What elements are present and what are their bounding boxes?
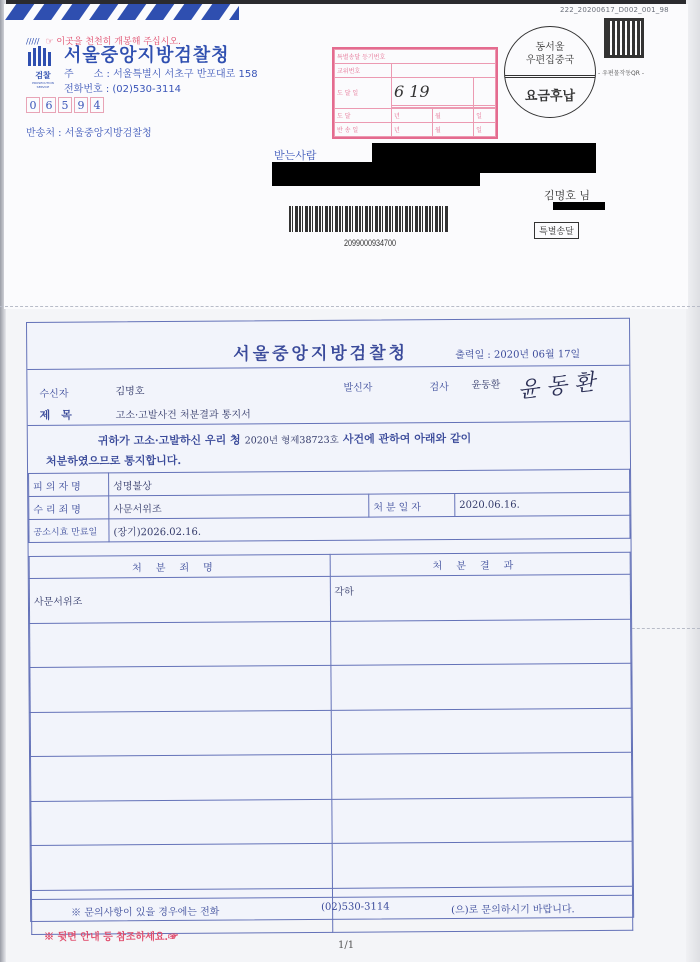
envelope: 222_20200617_D002_001_98 /////☞ 이곳을 천천히 … [4,4,688,309]
col-header-charge: 처분죄명 [29,554,330,578]
airmail-stripes [4,4,239,20]
qr-label: - 우편물작동QR - [598,68,644,77]
delivery-stamp: 특별송달 등기번호 교위번호 도 달 일6 19 도 달년월일 반 송 일년월일 [332,47,498,139]
disposition-notice: 서울중앙지방검찰청 출력일 : 2020년 06월 17일 수신자 김명호 발신… [26,318,634,922]
table-row [30,708,631,757]
results-table: 처분죄명 처분결과 사문서위조각하 [29,552,634,935]
print-date: 출력일 : 2020년 06월 17일 [455,345,580,361]
sender-phone: 전화번호 : (02)530-3114 [64,80,181,95]
subject-value: 고소·고발사건 처분결과 통지서 [116,405,251,421]
recipient-name: 김명호 님 [544,187,590,203]
scan-right-edge [686,0,700,962]
page-number: 1/1 [338,940,354,951]
table-row [31,752,632,801]
sender-label: 발신자 [343,379,372,394]
table-row [30,663,631,712]
qr-code-icon [604,18,644,58]
zip-code: 06594 [26,97,104,113]
subject-label: 제 목 [40,407,72,423]
table-row [30,619,631,668]
redaction-block [553,202,605,210]
notice-body-line1: 귀하가 고소·고발하신 우리 청2020년 형제38723호사건에 관하여 아래… [98,430,471,449]
notice-info-table: 피의자명 성명불상 수리죄명 사문서위조 처분일자 2020.06.16. 공소… [28,469,630,543]
redaction-block [272,162,480,186]
fold-line [0,306,700,307]
sender-title: 검사 [429,378,448,393]
barcode-number: 2099000934700 [344,238,396,248]
see-back-note: ※ 뒷면 안내 등 참조하세요.☞ [44,928,178,943]
prosecution-logo-icon: 검찰 PROSECUTION SERVICE [28,46,58,90]
recipient-label: 수신자 [39,385,68,400]
table-row: 사문서위조각하 [29,574,630,623]
sender-address: 주 소 : 서울특별시 서초구 반포대로 158 [64,65,258,80]
return-address: 반송처 : 서울중앙지방검찰청 [26,124,152,139]
notice-title: 서울중앙지방검찰청 [233,338,408,364]
special-delivery-badge: 특별송달 [534,222,579,239]
table-row [31,841,632,890]
table-row [31,797,632,846]
recipient-value: 김명호 [115,382,144,397]
signature: 윤 동 환 [516,365,597,404]
sender-name: 윤동환 [471,376,500,391]
notice-body-line2: 처분하였으므로 통지합니다. [46,452,181,469]
postmark: 동서울우편집중국 요금후납 [504,26,596,118]
contact-info: ※ 문의사항이 있을 경우에는 전화 (02)530-3114 (으)로 문의하… [31,895,633,921]
scan-file-id: 222_20200617_D002_001_98 [560,6,669,14]
barcode [289,206,449,232]
sender-org: 서울중앙지방검찰청 [64,41,230,67]
recipient-label: 받는사람 [274,147,317,163]
col-header-result: 처분결과 [330,552,631,576]
